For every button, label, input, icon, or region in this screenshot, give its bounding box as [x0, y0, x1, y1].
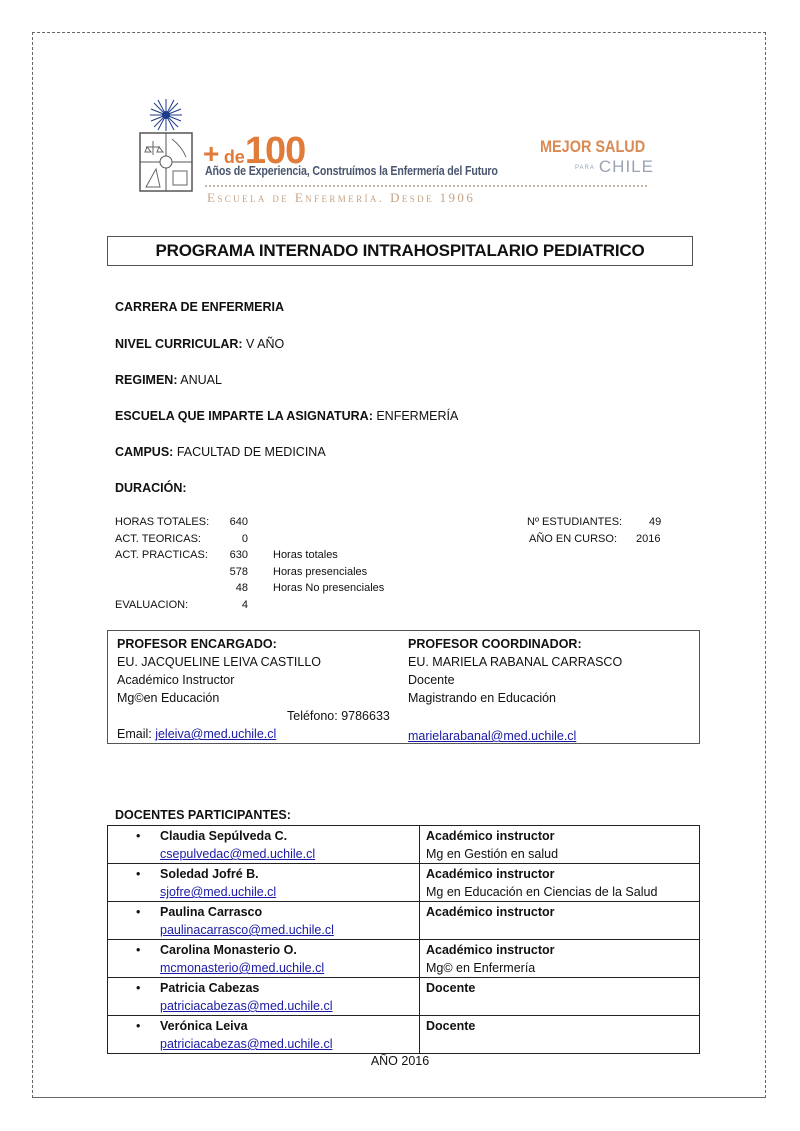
campus-label: CAMPUS: — [115, 445, 173, 459]
docente-cell: •Verónica Leivapatriciacabezas@med.uchil… — [108, 1016, 420, 1054]
hours-desc: Horas No presenciales — [273, 582, 384, 594]
docente-name: Patricia Cabezas — [160, 981, 259, 995]
nivel-value: V AÑO — [243, 337, 285, 351]
hours-value: 630 — [218, 549, 248, 561]
hours-row: 578Horas presenciales — [115, 566, 415, 583]
bullet-icon: • — [136, 827, 160, 845]
chile-word: CHILE — [599, 157, 654, 176]
encargado-email-link[interactable]: jeleiva@med.uchile.cl — [155, 727, 276, 741]
anio-label: AÑO EN CURSO: — [529, 533, 617, 545]
docente-degree: Mg en Gestión en salud — [426, 845, 693, 863]
hours-row: ACT. TEORICAS:0 — [115, 533, 415, 550]
docente-role: Docente — [426, 981, 475, 995]
table-row: •Claudia Sepúlveda C.csepulvedac@med.uch… — [108, 826, 700, 864]
docente-name: Carolina Monasterio O. — [160, 943, 297, 957]
coordinador-role: Docente — [408, 671, 622, 689]
hours-desc: Horas totales — [273, 549, 338, 561]
estudiantes-row: Nº ESTUDIANTES:49 — [527, 516, 697, 533]
escuela-subtitle: Escuela de Enfermería. Desde 1906 — [207, 190, 475, 206]
docente-cell: •Carolina Monasterio O.mcmonasterio@med.… — [108, 940, 420, 978]
docente-role-cell: Académico instructor — [420, 902, 700, 940]
docente-role: Académico instructor — [426, 867, 555, 881]
escuela-field: ESCUELA QUE IMPARTE LA ASIGNATURA: ENFER… — [115, 409, 458, 423]
coordinador-name: EU. MARIELA RABANAL CARRASCO — [408, 653, 622, 671]
hours-row: EVALUACION:4 — [115, 599, 415, 616]
hours-row: 48Horas No presenciales — [115, 582, 415, 599]
bullet-icon: • — [136, 1017, 160, 1035]
docente-role-cell: Académico instructorMg en Educación en C… — [420, 864, 700, 902]
docente-role-cell: Académico instructorMg© en Enfermería — [420, 940, 700, 978]
campus-value: FACULTAD DE MEDICINA — [173, 445, 325, 459]
anio-value: 2016 — [636, 533, 660, 545]
logo-divider — [205, 185, 647, 187]
escuela-value: ENFERMERÍA — [373, 409, 458, 423]
bullet-icon: • — [136, 865, 160, 883]
table-row: •Patricia Cabezaspatriciacabezas@med.uch… — [108, 978, 700, 1016]
docente-cell: •Paulina Carrascopaulinacarrasco@med.uch… — [108, 902, 420, 940]
regimen-value: ANUAL — [178, 373, 222, 387]
docente-name: Claudia Sepúlveda C. — [160, 829, 287, 843]
docente-role: Académico instructor — [426, 905, 555, 919]
carrera-label: CARRERA DE ENFERMERIA — [115, 300, 284, 314]
coordinador-email-link[interactable]: marielarabanal@med.uchile.cl — [408, 729, 576, 743]
docente-role-cell: Docente — [420, 978, 700, 1016]
bullet-icon: • — [136, 979, 160, 997]
encargado-email-label: Email: — [117, 727, 155, 741]
anio-row: AÑO EN CURSO:2016 — [527, 533, 697, 550]
docente-email-link[interactable]: sjofre@med.uchile.cl — [160, 885, 276, 899]
docentes-table: •Claudia Sepúlveda C.csepulvedac@med.uch… — [107, 825, 700, 1054]
page-title: PROGRAMA INTERNADO INTRAHOSPITALARIO PED… — [156, 241, 645, 261]
docente-role: Académico instructor — [426, 829, 555, 843]
docente-email-link[interactable]: patriciacabezas@med.uchile.cl — [160, 999, 333, 1013]
bullet-icon: • — [136, 903, 160, 921]
docente-email-link[interactable]: patriciacabezas@med.uchile.cl — [160, 1037, 333, 1051]
footer-year: AÑO 2016 — [0, 1054, 800, 1068]
nivel-field: NIVEL CURRICULAR: V AÑO — [115, 337, 284, 351]
coordinador-heading: PROFESOR COORDINADOR: — [408, 637, 582, 651]
bullet-icon: • — [136, 941, 160, 959]
docente-email-link[interactable]: paulinacarrasco@med.uchile.cl — [160, 923, 334, 937]
duracion-label: DURACIÓN: — [115, 481, 187, 495]
docente-degree: Mg© en Enfermería — [426, 959, 693, 977]
encargado-name: EU. JACQUELINE LEIVA CASTILLO — [117, 653, 390, 671]
hours-label: HORAS TOTALES: — [115, 516, 209, 528]
carrera-field: CARRERA DE ENFERMERIA — [115, 300, 284, 314]
docente-degree: Mg en Educación en Ciencias de la Salud — [426, 883, 693, 901]
chile-text: PARACHILE — [575, 157, 654, 177]
estudiantes-value: 49 — [649, 516, 661, 528]
hours-value: 48 — [218, 582, 248, 594]
hours-row: HORAS TOTALES:640 — [115, 516, 415, 533]
encargado-role: Académico Instructor — [117, 671, 390, 689]
title-box: PROGRAMA INTERNADO INTRAHOSPITALARIO PED… — [107, 236, 693, 266]
profesor-encargado: PROFESOR ENCARGADO: EU. JACQUELINE LEIVA… — [117, 635, 390, 743]
encargado-heading: PROFESOR ENCARGADO: — [117, 637, 277, 651]
docente-role-cell: Académico instructorMg en Gestión en sal… — [420, 826, 700, 864]
docente-email-link[interactable]: csepulvedac@med.uchile.cl — [160, 847, 315, 861]
table-row: •Paulina Carrascopaulinacarrasco@med.uch… — [108, 902, 700, 940]
hours-value: 578 — [218, 566, 248, 578]
professors-box: PROFESOR ENCARGADO: EU. JACQUELINE LEIVA… — [107, 630, 700, 744]
regimen-field: REGIMEN: ANUAL — [115, 373, 222, 387]
docente-name: Verónica Leiva — [160, 1019, 248, 1033]
hours-table: HORAS TOTALES:640 ACT. TEORICAS:0 ACT. P… — [115, 516, 415, 615]
course-info: Nº ESTUDIANTES:49 AÑO EN CURSO:2016 — [527, 516, 697, 549]
docente-cell: •Soledad Jofré B.sjofre@med.uchile.cl — [108, 864, 420, 902]
docente-name: Paulina Carrasco — [160, 905, 262, 919]
campus-field: CAMPUS: FACULTAD DE MEDICINA — [115, 445, 326, 459]
docentes-heading: DOCENTES PARTICIPANTES: — [115, 808, 291, 822]
duracion-field: DURACIÓN: — [115, 481, 187, 495]
docente-name: Soledad Jofré B. — [160, 867, 259, 881]
docente-email-link[interactable]: mcmonasterio@med.uchile.cl — [160, 961, 324, 975]
docente-role-cell: Docente — [420, 1016, 700, 1054]
para-text: PARA — [575, 165, 595, 171]
docente-cell: •Claudia Sepúlveda C.csepulvedac@med.uch… — [108, 826, 420, 864]
nivel-label: NIVEL CURRICULAR: — [115, 337, 243, 351]
profesor-coordinador: PROFESOR COORDINADOR: EU. MARIELA RABANA… — [408, 635, 622, 745]
estudiantes-label: Nº ESTUDIANTES: — [527, 516, 622, 528]
table-row: •Verónica Leivapatriciacabezas@med.uchil… — [108, 1016, 700, 1054]
hours-value: 640 — [218, 516, 248, 528]
table-row: •Carolina Monasterio O.mcmonasterio@med.… — [108, 940, 700, 978]
hours-label: ACT. PRACTICAS: — [115, 549, 208, 561]
docente-cell: •Patricia Cabezaspatriciacabezas@med.uch… — [108, 978, 420, 1016]
hours-value: 0 — [218, 533, 248, 545]
regimen-label: REGIMEN: — [115, 373, 178, 387]
coordinador-degree: Magistrando en Educación — [408, 689, 622, 707]
docente-role: Docente — [426, 1019, 475, 1033]
university-emblem-icon — [137, 97, 195, 195]
hours-label: ACT. TEORICAS: — [115, 533, 201, 545]
mejor-salud-text: MEJOR SALUD — [540, 137, 645, 157]
hours-label: EVALUACION: — [115, 599, 188, 611]
encargado-phone: Teléfono: 9786633 — [117, 707, 390, 725]
escuela-label: ESCUELA QUE IMPARTE LA ASIGNATURA: — [115, 409, 373, 423]
encargado-degree: Mg©en Educación — [117, 689, 390, 707]
header-logo: + de100 Años de Experiencia, Construímos… — [135, 95, 655, 215]
table-row: •Soledad Jofré B.sjofre@med.uchile.clAca… — [108, 864, 700, 902]
docente-role: Académico instructor — [426, 943, 555, 957]
hours-row: ACT. PRACTICAS:630Horas totales — [115, 549, 415, 566]
logo-tagline: Años de Experiencia, Construímos la Enfe… — [205, 163, 498, 178]
hours-value: 4 — [218, 599, 248, 611]
hours-desc: Horas presenciales — [273, 566, 367, 578]
